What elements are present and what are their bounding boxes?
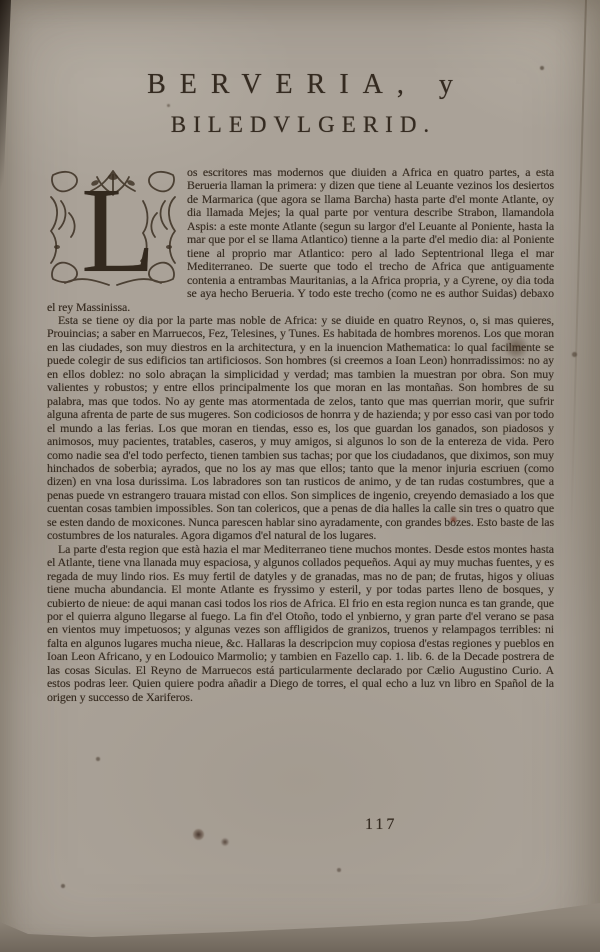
drop-cap-letter: L <box>81 167 155 288</box>
text-block: L os escritores mas modernos que diuiden… <box>47 166 554 704</box>
foxing-stain <box>572 352 577 357</box>
page-title: BERVERIA, y <box>0 69 600 101</box>
woodcut-initial-art: L <box>47 167 179 288</box>
foxing-stain <box>193 829 204 840</box>
page-number: 117 <box>365 816 397 834</box>
foxing-stain <box>540 66 544 70</box>
foxing-stain <box>503 335 529 359</box>
foxing-stain <box>167 104 170 107</box>
paragraph-2: Esta se tiene oy dia por la parte mas no… <box>47 314 554 543</box>
paragraph-3: La parte d'esta region que està hazia el… <box>47 543 554 704</box>
book-page: BERVERIA, y BILEDVLGERID. <box>0 0 600 952</box>
page-subtitle: BILEDVLGERID. <box>0 112 600 138</box>
foxing-stain <box>450 516 457 523</box>
woodcut-initial: L <box>47 167 179 288</box>
foxing-stain <box>337 868 341 872</box>
foxing-stain <box>61 884 65 888</box>
foxing-stain <box>221 838 229 846</box>
foxing-stain <box>96 757 100 761</box>
